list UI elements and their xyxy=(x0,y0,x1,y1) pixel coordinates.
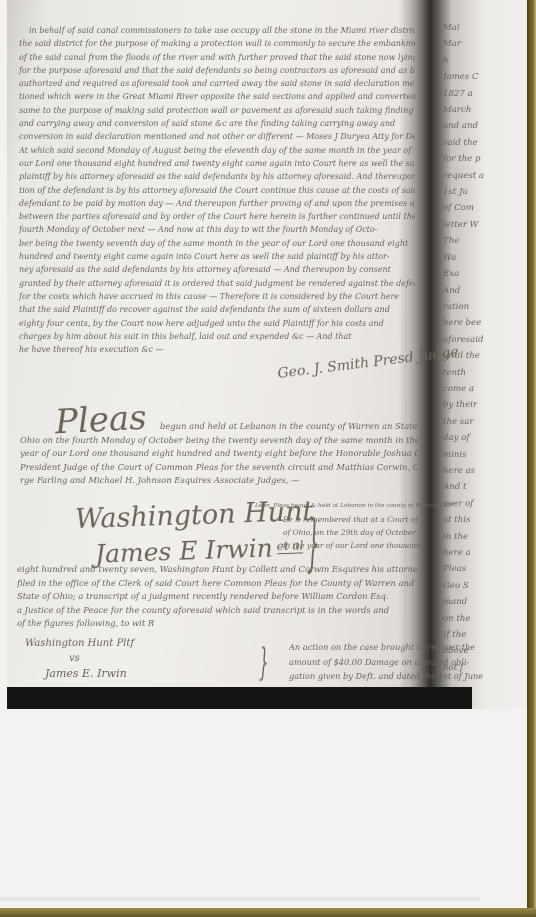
handwriting-fragment: in the xyxy=(443,529,527,545)
handwriting-fragment: request a xyxy=(443,168,527,184)
handwriting-line: of Ohio, on the 29th day of October xyxy=(283,526,463,539)
pleas-opening-paragraph: begun and held at Lebanon in the county … xyxy=(20,420,418,488)
book-scan-photo: in behalf of said canal commissioners to… xyxy=(7,0,527,709)
handwriting-fragment: Mai xyxy=(443,20,527,36)
handwriting-line: fourth Monday of October next — And now … xyxy=(19,223,415,236)
handwriting-fragment: for the p xyxy=(443,151,527,167)
handwriting-fragment: And xyxy=(443,283,527,299)
handwriting-line: for the purpose aforesaid and that the s… xyxy=(19,64,415,77)
handwriting-line: of the figures following, to wit R xyxy=(17,617,419,631)
handwriting-fragment: the sar xyxy=(443,414,527,430)
transcript-paragraph: eight hundred and twenty seven, Washingt… xyxy=(17,563,419,631)
handwriting-line: President Judge of the Court of Common P… xyxy=(20,461,418,475)
handwriting-line: charges by him about his suit in this be… xyxy=(19,330,415,343)
handwriting-fragment: ration xyxy=(443,299,527,315)
handwriting-fragment: letter W xyxy=(443,217,527,233)
handwriting-fragment: If the xyxy=(443,627,527,643)
handwriting-fragment: at this xyxy=(443,512,527,528)
judgment-paragraph: in behalf of said canal commissioners to… xyxy=(19,24,415,356)
handwriting-fragment: here as xyxy=(443,463,527,479)
handwriting-line: At which said second Monday of August be… xyxy=(19,144,415,157)
frame-border-right xyxy=(527,0,536,917)
handwriting-line: begun and held at Lebanon in the county … xyxy=(20,420,418,434)
frame-border-bottom xyxy=(0,908,536,917)
handwriting-fragment: day of xyxy=(443,430,527,446)
handwriting-fragment: come a xyxy=(443,381,527,397)
handwriting-fragment: aforesaid xyxy=(443,332,527,348)
bottom-defendant: James E. Irwin xyxy=(45,666,134,681)
handwriting-fragment: until the xyxy=(443,348,527,364)
handwriting-line: and carrying away and conversion of said… xyxy=(19,117,415,130)
handwriting-fragment: here a xyxy=(443,545,527,561)
versus-label: vs xyxy=(69,651,134,666)
handwriting-line: tion of the defendant is by his attorney… xyxy=(19,184,415,197)
handwriting-line: granted by their attorney aforesaid it i… xyxy=(19,277,415,290)
handwriting-line: that the said Plaintiff do recover again… xyxy=(19,303,415,316)
handwriting-fragment: over of xyxy=(443,496,527,512)
handwriting-fragment: Pleas xyxy=(443,561,527,577)
handwriting-fragment: by their xyxy=(443,397,527,413)
handwriting-line: our Lord one thousand eight hundred and … xyxy=(19,157,415,170)
handwriting-line: in the year of our Lord one thousand xyxy=(283,539,463,552)
handwriting-fragment: tenth xyxy=(443,365,527,381)
bottom-plaintiff: Washington Hunt Pltf xyxy=(25,636,134,651)
handwriting-fragment: Wa xyxy=(443,250,527,266)
handwriting-line: State of Ohio; a transcript of a judgmen… xyxy=(17,590,419,604)
handwriting-line: ber being the twenty seventh day of the … xyxy=(19,237,415,250)
handwriting-fragment: above xyxy=(443,643,527,659)
right-page-text-fragments: MaiMarhJames C1827 aMarchand andsaid the… xyxy=(443,20,527,676)
handwriting-fragment: of Com xyxy=(443,200,527,216)
handwriting-line: defendant to be paid by motion day — And… xyxy=(19,197,415,210)
handwriting-line: Ohio on the fourth Monday of October bei… xyxy=(20,434,418,448)
handwriting-line: plaintiff by his attorney aforesaid as t… xyxy=(19,170,415,183)
handwriting-fragment: h xyxy=(443,53,527,69)
handwriting-line: the said district for the purpose of mak… xyxy=(19,37,415,50)
handwriting-line: for the costs which have accrued in this… xyxy=(19,290,415,303)
handwriting-line: Be it remembered that at a Court of xyxy=(283,513,463,526)
handwriting-fragment: 1st Ju xyxy=(443,184,527,200)
handwriting-fragment: on the xyxy=(443,611,527,627)
handwriting-line: year of our Lord one thousand eight hund… xyxy=(20,447,418,461)
handwriting-line: authorized and required as aforesaid too… xyxy=(19,77,415,90)
handwriting-fragment: March xyxy=(443,102,527,118)
handwriting-line: in behalf of said canal commissioners to… xyxy=(19,24,415,37)
handwriting-line: of the said canal from the floods of the… xyxy=(19,51,415,64)
handwriting-fragment: The xyxy=(443,233,527,249)
handwriting-line: conversion in said declaration mentioned… xyxy=(19,130,415,143)
handwriting-line: filed in the office of the Clerk of said… xyxy=(17,577,419,591)
handwriting-line: rge Farling and Michael H. Johnson Esqui… xyxy=(20,474,418,488)
handwriting-fragment: 1827 a xyxy=(443,86,527,102)
handwriting-line: tioned which were in the Great Miami Riv… xyxy=(19,90,415,103)
scan-artifact-streak xyxy=(0,897,480,901)
black-redaction-bar xyxy=(7,687,472,709)
handwriting-line: same to the purpose of making said prote… xyxy=(19,104,415,117)
handwriting-fragment: not f xyxy=(443,660,527,676)
bottom-case-brace: } xyxy=(259,640,269,685)
bottom-case-caption: Washington Hunt Pltf vs James E. Irwin xyxy=(25,636,134,681)
handwriting-line: he have thereof his execution &c — xyxy=(19,343,415,356)
handwriting-fragment: And t xyxy=(443,479,527,495)
handwriting-fragment: Exa xyxy=(443,266,527,282)
handwriting-fragment: said the xyxy=(443,135,527,151)
handwriting-line: a Justice of the Peace for the county af… xyxy=(17,604,419,618)
handwriting-line: Lebn. Pleas begun & held at Lebanon in t… xyxy=(255,500,463,513)
handwriting-fragment: Mar xyxy=(443,36,527,52)
handwriting-line: between the parties aforesaid and by ord… xyxy=(19,210,415,223)
handwriting-fragment: James C xyxy=(443,69,527,85)
handwriting-line: hundred and twenty eight came again into… xyxy=(19,250,415,263)
handwriting-fragment: here bee xyxy=(443,315,527,331)
handwriting-fragment: mand xyxy=(443,594,527,610)
handwriting-line: eight hundred and twenty seven, Washingt… xyxy=(17,563,419,577)
court-margin-note: Lebn. Pleas begun & held at Lebanon in t… xyxy=(255,500,463,552)
handwriting-fragment: minis xyxy=(443,447,527,463)
handwriting-fragment: Geo S xyxy=(443,578,527,594)
handwriting-line: eighty four cents, by the Court now here… xyxy=(19,317,415,330)
handwriting-fragment: and and xyxy=(443,118,527,134)
handwriting-line: ney aforesaid as the said defendants by … xyxy=(19,263,415,276)
